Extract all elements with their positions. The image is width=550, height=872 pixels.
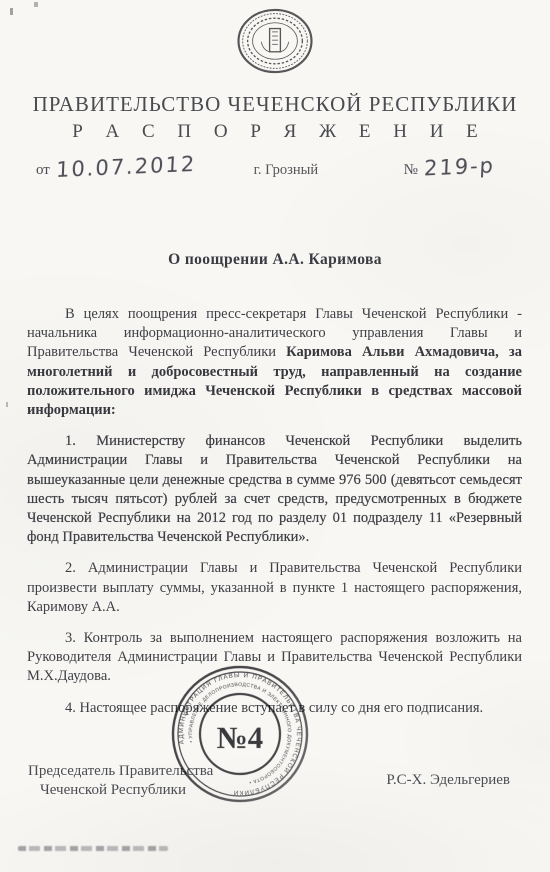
date-block: от 10.07.2012 bbox=[36, 155, 196, 179]
scanned-decree-page: ПРАВИТЕЛЬСТВО ЧЕЧЕНСКОЙ РЕСПУБЛИКИ Р А С… bbox=[0, 0, 550, 872]
doc-type-title: Р А С П О Р Я Ж Е Н И Е bbox=[0, 121, 550, 143]
number-block: № 219-р bbox=[404, 155, 495, 179]
date-row: от 10.07.2012 г. Грозный № 219-р bbox=[0, 155, 550, 179]
number-prefix-label: № bbox=[404, 162, 418, 179]
scan-speck bbox=[6, 402, 8, 407]
date-prefix-label: от bbox=[36, 162, 50, 179]
footer-fine-print-smudge bbox=[18, 846, 168, 851]
scan-speck bbox=[34, 2, 38, 7]
date-value-handwritten: 10.07.2012 bbox=[55, 152, 196, 182]
paragraph-item-2: 2. Администрации Главы и Правительства Ч… bbox=[27, 559, 522, 617]
intro-paragraph: В целях поощрения пресс-секретаря Главы … bbox=[27, 305, 522, 420]
org-title: ПРАВИТЕЛЬСТВО ЧЕЧЕНСКОЙ РЕСПУБЛИКИ bbox=[0, 92, 550, 117]
city-label: г. Грозный bbox=[254, 162, 319, 179]
emblem-wrap bbox=[0, 0, 550, 80]
signature-name: Р.С-Х. Эдельгериев bbox=[386, 772, 510, 789]
doc-subject-title: О поощрении А.А. Каримова bbox=[0, 251, 550, 269]
paragraph-item-1: 1. Министерству финансов Чеченской Респу… bbox=[27, 432, 522, 547]
stamp-number: №4 bbox=[217, 720, 264, 755]
chechen-republic-coat-of-arms-icon bbox=[233, 7, 317, 75]
official-round-stamp: АДМИНИСТРАЦИЯ ГЛАВЫ И ПРАВИТЕЛЬСТВА ЧЕЧЕ… bbox=[159, 653, 321, 815]
number-value-handwritten: 219-р bbox=[423, 153, 495, 180]
scan-speck bbox=[10, 8, 13, 15]
